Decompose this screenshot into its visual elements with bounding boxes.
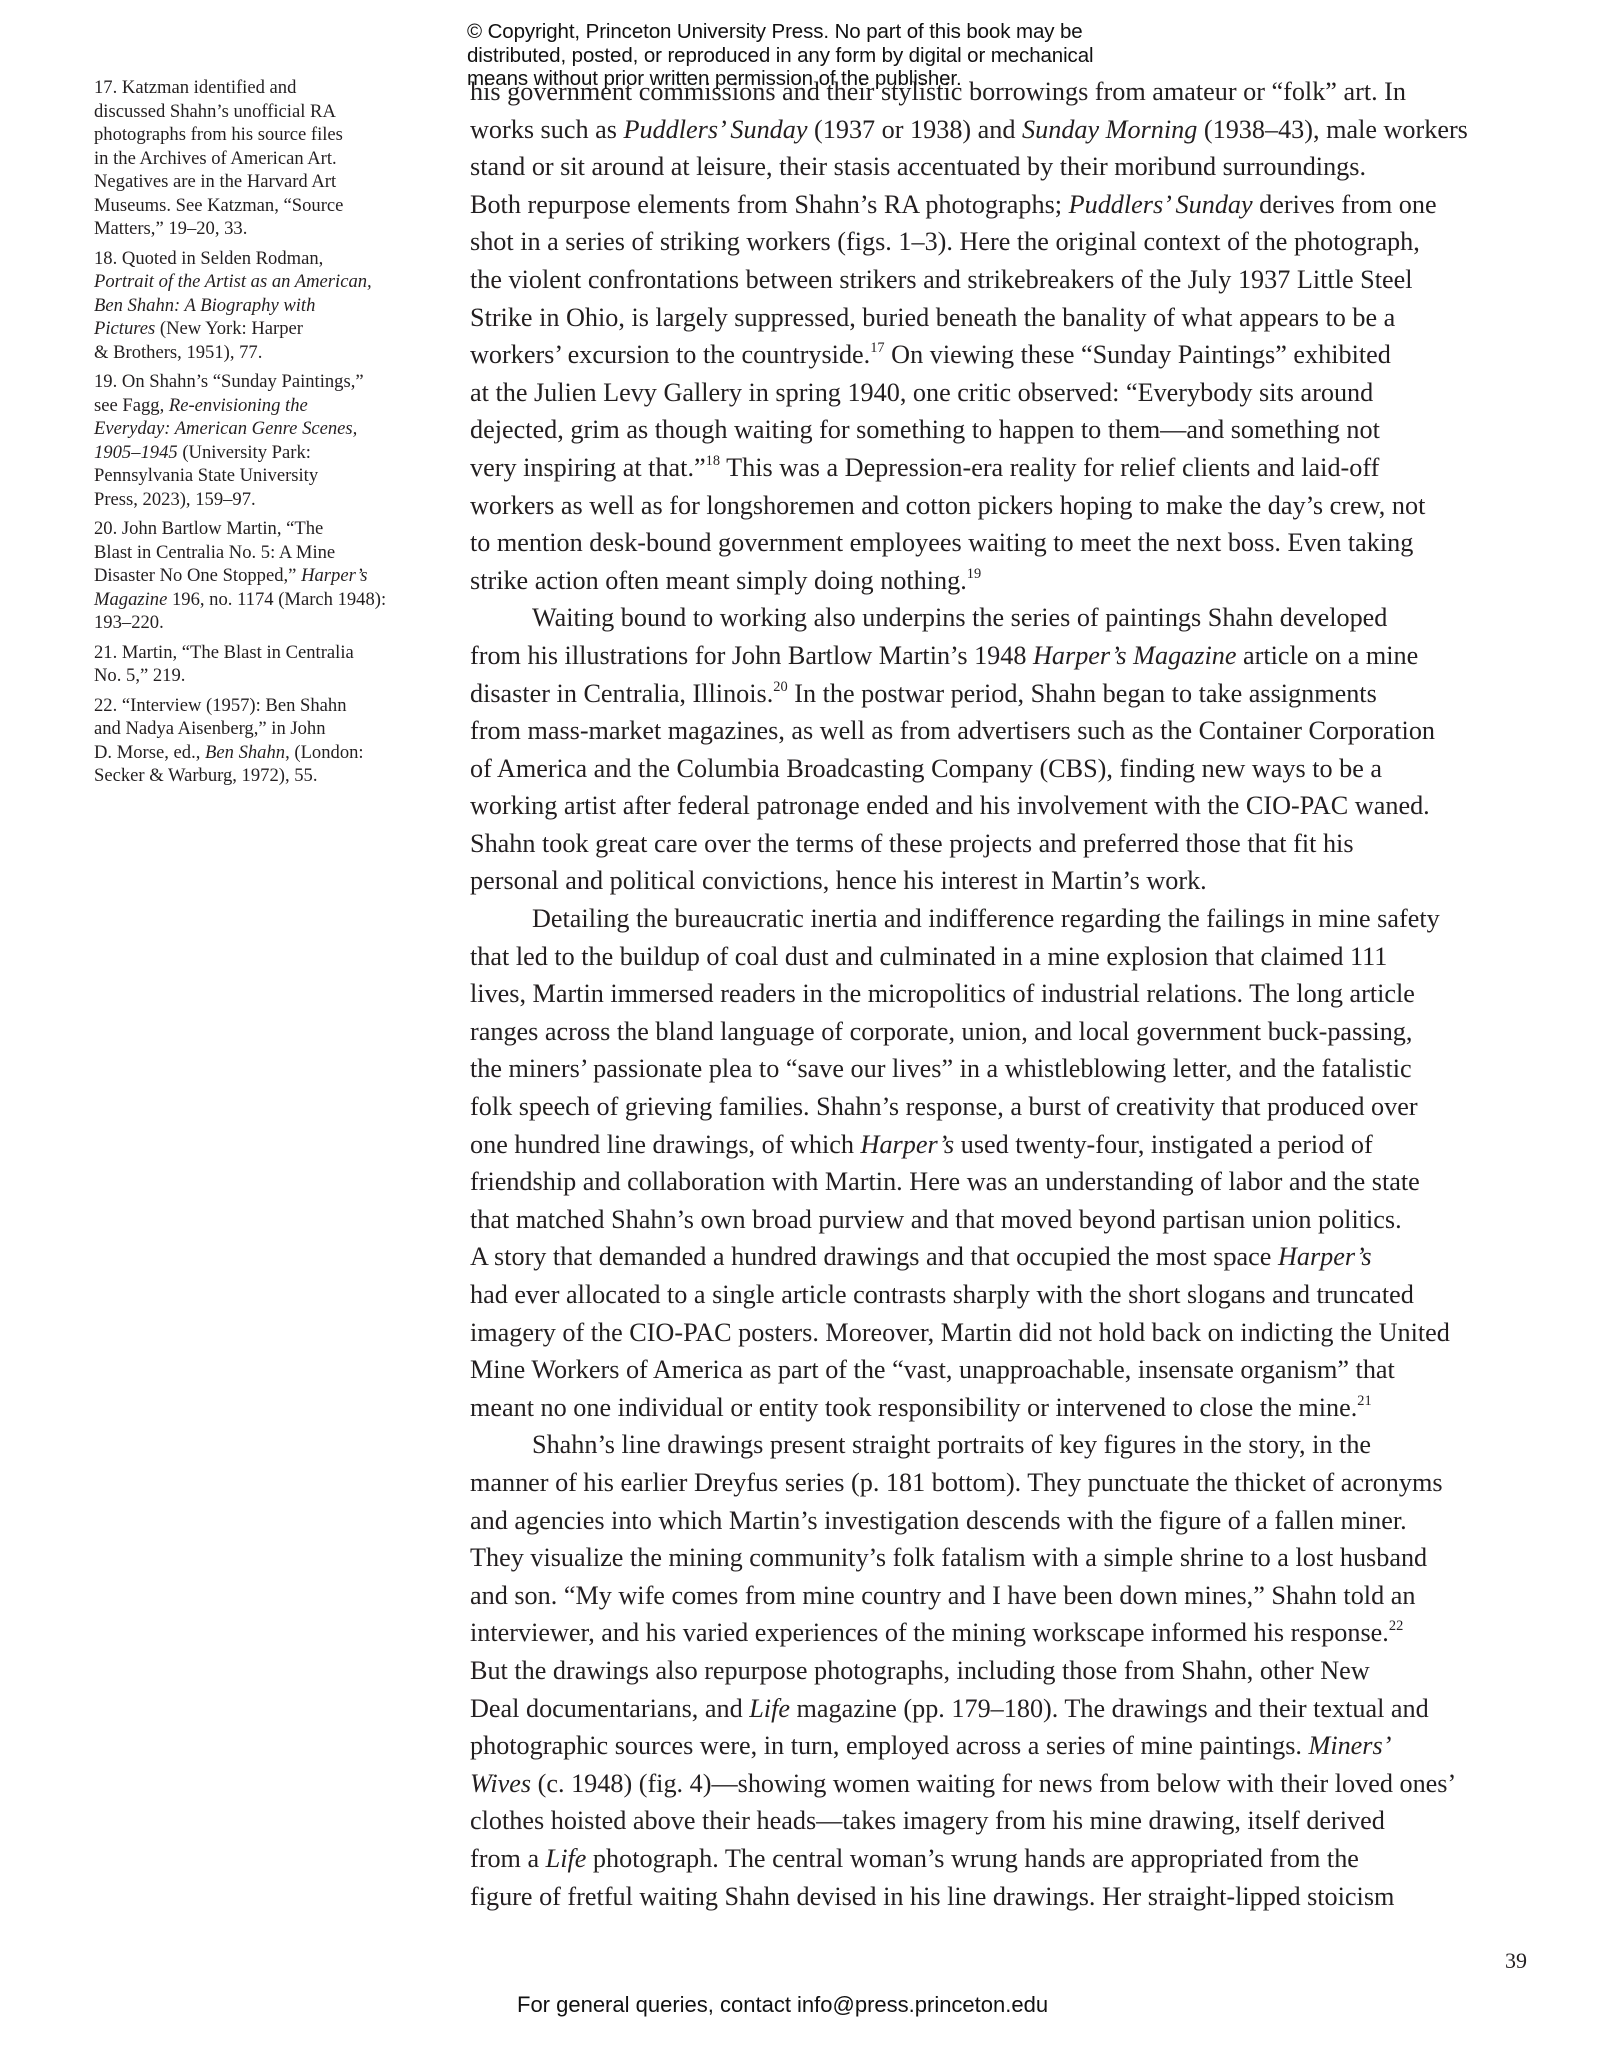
- body-line: Both repurpose elements from Shahn’s RA …: [470, 186, 1540, 224]
- text-segment: works such as: [470, 115, 623, 144]
- italic-text: Pictures: [94, 318, 155, 339]
- footnote-line: Museums. See Katzman, “Source: [94, 194, 414, 218]
- italic-text: Life: [546, 1844, 587, 1873]
- text-segment: friendship and collaboration with Martin…: [470, 1167, 1420, 1196]
- text-segment: folk speech of grieving families. Shahn’…: [470, 1092, 1418, 1121]
- text-segment: photographs from his source files: [94, 124, 343, 145]
- body-line: Shahn’s line drawings present straight p…: [470, 1426, 1540, 1464]
- footnote-line: Magazine 196, no. 1174 (March 1948):: [94, 588, 414, 612]
- text-segment: No. 5,” 219.: [94, 665, 185, 686]
- text-segment: and son. “My wife comes from mine countr…: [470, 1581, 1415, 1610]
- text-segment: Deal documentarians, and: [470, 1694, 749, 1723]
- italic-text: Ben Shahn: A Biography with: [94, 295, 315, 316]
- footnote-line: Ben Shahn: A Biography with: [94, 294, 414, 318]
- body-line: the miners’ passionate plea to “save our…: [470, 1050, 1540, 1088]
- body-line: Mine Workers of America as part of the “…: [470, 1351, 1540, 1389]
- body-line: at the Julien Levy Gallery in spring 194…: [470, 374, 1540, 412]
- body-line: had ever allocated to a single article c…: [470, 1276, 1540, 1314]
- footnote-line: photographs from his source files: [94, 123, 414, 147]
- text-segment: (University Park:: [178, 442, 311, 463]
- text-segment: This was a Depression-era reality for re…: [720, 453, 1379, 482]
- text-segment: dejected, grim as though waiting for som…: [470, 415, 1380, 444]
- text-segment: 196, no. 1174 (March 1948):: [167, 589, 386, 610]
- body-line: and agencies into which Martin’s investi…: [470, 1502, 1540, 1540]
- text-segment: article on a mine: [1236, 641, 1418, 670]
- text-segment: that matched Shahn’s own broad purview a…: [470, 1205, 1402, 1234]
- footnote-line: 22. “Interview (1957): Ben Shahn: [94, 694, 414, 718]
- body-line: works such as Puddlers’ Sunday (1937 or …: [470, 111, 1540, 149]
- text-segment: used twenty-four, instigated a period of: [954, 1130, 1373, 1159]
- footnote-line: in the Archives of American Art.: [94, 147, 414, 171]
- body-line: clothes hoisted above their heads—takes …: [470, 1802, 1540, 1840]
- text-segment: manner of his earlier Dreyfus series (p.…: [470, 1468, 1443, 1497]
- footnote-line: 193–220.: [94, 611, 414, 635]
- text-segment: Museums. See Katzman, “Source: [94, 195, 343, 216]
- text-segment: from a: [470, 1844, 546, 1873]
- italic-text: Sunday Morning: [1022, 115, 1197, 144]
- body-line: that matched Shahn’s own broad purview a…: [470, 1201, 1540, 1239]
- text-segment: Detailing the bureaucratic inertia and i…: [532, 904, 1440, 933]
- footnote-reference: 22: [1389, 1619, 1403, 1635]
- copyright-notice: © Copyright, Princeton University Press.…: [467, 20, 1167, 91]
- footnote-line: discussed Shahn’s unofficial RA: [94, 100, 414, 124]
- italic-text: Portrait of the Artist as an American,: [94, 271, 372, 292]
- body-line: Wives (c. 1948) (fig. 4)—showing women w…: [470, 1765, 1540, 1803]
- text-segment: Blast in Centralia No. 5: A Mine: [94, 542, 335, 563]
- footnote-reference: 18: [706, 453, 720, 469]
- text-segment: Pennsylvania State University: [94, 465, 318, 486]
- footer-contact: For general queries, contact info@press.…: [517, 1992, 1048, 2018]
- text-segment: A story that demanded a hundred drawings…: [470, 1242, 1278, 1271]
- body-line: meant no one individual or entity took r…: [470, 1389, 1540, 1427]
- text-segment: figure of fretful waiting Shahn devised …: [470, 1882, 1394, 1911]
- main-body-text: his government commissions and their sty…: [470, 73, 1540, 1915]
- text-segment: and Nadya Aisenberg,” in John: [94, 718, 326, 739]
- page-number: 39: [1505, 1948, 1527, 1974]
- text-segment: very inspiring at that.”: [470, 453, 706, 482]
- text-segment: Press, 2023), 159–97.: [94, 489, 256, 510]
- text-segment: Both repurpose elements from Shahn’s RA …: [470, 190, 1069, 219]
- footnote-line: Blast in Centralia No. 5: A Mine: [94, 541, 414, 565]
- text-segment: stand or sit around at leisure, their st…: [470, 152, 1366, 181]
- footnote-line: Pennsylvania State University: [94, 464, 414, 488]
- body-line: folk speech of grieving families. Shahn’…: [470, 1088, 1540, 1126]
- footnote-19: 19. On Shahn’s “Sunday Paintings,”see Fa…: [94, 370, 414, 511]
- body-line: from a Life photograph. The central woma…: [470, 1840, 1540, 1878]
- footnote-17: 17. Katzman identified anddiscussed Shah…: [94, 76, 414, 241]
- text-segment: to mention desk-bound government employe…: [470, 528, 1413, 557]
- footnote-line: 21. Martin, “The Blast in Centralia: [94, 641, 414, 665]
- text-segment: one hundred line drawings, of which: [470, 1130, 861, 1159]
- body-line: Deal documentarians, and Life magazine (…: [470, 1690, 1540, 1728]
- body-line: that led to the buildup of coal dust and…: [470, 938, 1540, 976]
- italic-text: Miners’: [1309, 1731, 1392, 1760]
- text-segment: & Brothers, 1951), 77.: [94, 342, 262, 363]
- body-line: to mention desk-bound government employe…: [470, 524, 1540, 562]
- text-segment: On viewing these “Sunday Paintings” exhi…: [885, 340, 1391, 369]
- text-segment: 19. On Shahn’s “Sunday Paintings,”: [94, 371, 364, 392]
- footnote-20: 20. John Bartlow Martin, “TheBlast in Ce…: [94, 517, 414, 635]
- text-segment: (1938–43), male workers: [1197, 115, 1468, 144]
- text-segment: ranges across the bland language of corp…: [470, 1017, 1412, 1046]
- footnotes-column: 17. Katzman identified anddiscussed Shah…: [94, 76, 414, 794]
- text-segment: that led to the buildup of coal dust and…: [470, 942, 1387, 971]
- body-line: Waiting bound to working also underpins …: [470, 599, 1540, 637]
- footnote-line: see Fagg, Re-envisioning the: [94, 394, 414, 418]
- italic-text: Life: [749, 1694, 790, 1723]
- footnote-22: 22. “Interview (1957): Ben Shahnand Nady…: [94, 694, 414, 788]
- body-line: strike action often meant simply doing n…: [470, 562, 1540, 600]
- text-segment: meant no one individual or entity took r…: [470, 1393, 1357, 1422]
- footnote-21: 21. Martin, “The Blast in CentraliaNo. 5…: [94, 641, 414, 688]
- text-segment: disaster in Centralia, Illinois.: [470, 679, 773, 708]
- copyright-line: means without prior written permission o…: [467, 67, 1167, 91]
- copyright-line: distributed, posted, or reproduced in an…: [467, 44, 1167, 68]
- text-segment: 20. John Bartlow Martin, “The: [94, 518, 323, 539]
- footnote-line: Matters,” 19–20, 33.: [94, 217, 414, 241]
- text-segment: from mass-market magazines, as well as f…: [470, 716, 1435, 745]
- footnote-reference: 21: [1357, 1393, 1371, 1409]
- text-segment: 22. “Interview (1957): Ben Shahn: [94, 695, 347, 716]
- italic-text: Puddlers’ Sunday: [623, 115, 807, 144]
- text-segment: see Fagg,: [94, 395, 169, 416]
- footnote-line: Press, 2023), 159–97.: [94, 488, 414, 512]
- text-segment: Mine Workers of America as part of the “…: [470, 1355, 1395, 1384]
- text-segment: , (London:: [285, 742, 364, 763]
- footnote-line: Secker & Warburg, 1972), 55.: [94, 764, 414, 788]
- body-line: workers as well as for longshoremen and …: [470, 487, 1540, 525]
- body-line: They visualize the mining community’s fo…: [470, 1539, 1540, 1577]
- body-line: ranges across the bland language of corp…: [470, 1013, 1540, 1051]
- body-line: interviewer, and his varied experiences …: [470, 1614, 1540, 1652]
- text-segment: from his illustrations for John Bartlow …: [470, 641, 1033, 670]
- body-line: from his illustrations for John Bartlow …: [470, 637, 1540, 675]
- text-segment: shot in a series of striking workers (fi…: [470, 227, 1420, 256]
- text-segment: photograph. The central woman’s wrung ha…: [586, 1844, 1359, 1873]
- text-segment: personal and political convictions, henc…: [470, 866, 1207, 895]
- text-segment: of America and the Columbia Broadcasting…: [470, 754, 1382, 783]
- footnote-line: and Nadya Aisenberg,” in John: [94, 717, 414, 741]
- footnote-line: Everyday: American Genre Scenes,: [94, 417, 414, 441]
- body-line: from mass-market magazines, as well as f…: [470, 712, 1540, 750]
- body-line: photographic sources were, in turn, empl…: [470, 1727, 1540, 1765]
- text-segment: Negatives are in the Harvard Art: [94, 171, 336, 192]
- text-segment: Waiting bound to working also underpins …: [532, 603, 1387, 632]
- body-line: But the drawings also repurpose photogra…: [470, 1652, 1540, 1690]
- footnote-18: 18. Quoted in Selden Rodman,Portrait of …: [94, 247, 414, 365]
- footnote-reference: 19: [967, 566, 981, 582]
- body-line: shot in a series of striking workers (fi…: [470, 223, 1540, 261]
- footnote-line: 18. Quoted in Selden Rodman,: [94, 247, 414, 271]
- italic-text: Ben Shahn: [205, 742, 285, 763]
- italic-text: Everyday: American Genre Scenes,: [94, 418, 357, 439]
- italic-text: Magazine: [94, 589, 167, 610]
- text-segment: Disaster No One Stopped,”: [94, 565, 301, 586]
- text-segment: and agencies into which Martin’s investi…: [470, 1506, 1407, 1535]
- italic-text: Wives: [470, 1769, 531, 1798]
- italic-text: Harper’s: [1278, 1242, 1372, 1271]
- text-segment: imagery of the CIO-PAC posters. Moreover…: [470, 1318, 1450, 1347]
- text-segment: had ever allocated to a single article c…: [470, 1280, 1414, 1309]
- text-segment: But the drawings also repurpose photogra…: [470, 1656, 1370, 1685]
- text-segment: 18. Quoted in Selden Rodman,: [94, 248, 323, 269]
- footnote-line: D. Morse, ed., Ben Shahn, (London:: [94, 741, 414, 765]
- footnote-line: Portrait of the Artist as an American,: [94, 270, 414, 294]
- body-line: disaster in Centralia, Illinois.20 In th…: [470, 675, 1540, 713]
- italic-text: Harper’s: [861, 1130, 955, 1159]
- text-segment: D. Morse, ed.,: [94, 742, 205, 763]
- body-line: workers’ excursion to the countryside.17…: [470, 336, 1540, 374]
- footnote-reference: 20: [773, 679, 787, 695]
- text-segment: 17. Katzman identified and: [94, 77, 296, 98]
- italic-text: 1905–1945: [94, 442, 178, 463]
- text-segment: In the postwar period, Shahn began to ta…: [788, 679, 1377, 708]
- text-segment: They visualize the mining community’s fo…: [470, 1543, 1427, 1572]
- body-line: personal and political convictions, henc…: [470, 862, 1540, 900]
- text-segment: lives, Martin immersed readers in the mi…: [470, 979, 1415, 1008]
- body-line: the violent confrontations between strik…: [470, 261, 1540, 299]
- italic-text: Puddlers’ Sunday: [1069, 190, 1253, 219]
- body-line: friendship and collaboration with Martin…: [470, 1163, 1540, 1201]
- body-line: A story that demanded a hundred drawings…: [470, 1238, 1540, 1276]
- footnote-line: Pictures (New York: Harper: [94, 317, 414, 341]
- body-line: Strike in Ohio, is largely suppressed, b…: [470, 299, 1540, 337]
- footnote-line: 17. Katzman identified and: [94, 76, 414, 100]
- text-segment: 193–220.: [94, 612, 164, 633]
- text-segment: Shahn’s line drawings present straight p…: [532, 1430, 1371, 1459]
- body-line: Detailing the bureaucratic inertia and i…: [470, 900, 1540, 938]
- body-line: stand or sit around at leisure, their st…: [470, 148, 1540, 186]
- text-segment: Strike in Ohio, is largely suppressed, b…: [470, 303, 1395, 332]
- text-segment: clothes hoisted above their heads—takes …: [470, 1806, 1385, 1835]
- footnote-line: Disaster No One Stopped,” Harper’s: [94, 564, 414, 588]
- italic-text: Re-envisioning the: [169, 395, 308, 416]
- text-segment: at the Julien Levy Gallery in spring 194…: [470, 378, 1373, 407]
- footnote-line: & Brothers, 1951), 77.: [94, 341, 414, 365]
- text-segment: (c. 1948) (fig. 4)—showing women waiting…: [531, 1769, 1456, 1798]
- body-line: figure of fretful waiting Shahn devised …: [470, 1878, 1540, 1916]
- text-segment: derives from one: [1253, 190, 1437, 219]
- body-line: of America and the Columbia Broadcasting…: [470, 750, 1540, 788]
- footnote-line: 1905–1945 (University Park:: [94, 441, 414, 465]
- text-segment: Matters,” 19–20, 33.: [94, 218, 247, 239]
- text-segment: magazine (pp. 179–180). The drawings and…: [790, 1694, 1429, 1723]
- text-segment: (New York: Harper: [155, 318, 303, 339]
- body-line: dejected, grim as though waiting for som…: [470, 411, 1540, 449]
- italic-text: Harper’s Magazine: [1033, 641, 1236, 670]
- text-segment: in the Archives of American Art.: [94, 148, 337, 169]
- text-segment: the violent confrontations between strik…: [470, 265, 1413, 294]
- text-segment: workers’ excursion to the countryside.: [470, 340, 870, 369]
- text-segment: 21. Martin, “The Blast in Centralia: [94, 642, 354, 663]
- text-segment: working artist after federal patronage e…: [470, 791, 1430, 820]
- text-segment: workers as well as for longshoremen and …: [470, 491, 1425, 520]
- body-line: manner of his earlier Dreyfus series (p.…: [470, 1464, 1540, 1502]
- footnote-line: 20. John Bartlow Martin, “The: [94, 517, 414, 541]
- body-line: imagery of the CIO-PAC posters. Moreover…: [470, 1314, 1540, 1352]
- body-line: lives, Martin immersed readers in the mi…: [470, 975, 1540, 1013]
- footnote-line: No. 5,” 219.: [94, 664, 414, 688]
- italic-text: Harper’s: [301, 565, 367, 586]
- text-segment: Secker & Warburg, 1972), 55.: [94, 765, 317, 786]
- footnote-reference: 17: [870, 340, 884, 356]
- body-line: very inspiring at that.”18 This was a De…: [470, 449, 1540, 487]
- copyright-line: © Copyright, Princeton University Press.…: [467, 20, 1167, 44]
- body-line: Shahn took great care over the terms of …: [470, 825, 1540, 863]
- text-segment: (1937 or 1938) and: [807, 115, 1022, 144]
- text-segment: Shahn took great care over the terms of …: [470, 829, 1354, 858]
- footnote-line: Negatives are in the Harvard Art: [94, 170, 414, 194]
- text-segment: the miners’ passionate plea to “save our…: [470, 1054, 1412, 1083]
- text-segment: photographic sources were, in turn, empl…: [470, 1731, 1309, 1760]
- text-segment: strike action often meant simply doing n…: [470, 566, 967, 595]
- footnote-line: 19. On Shahn’s “Sunday Paintings,”: [94, 370, 414, 394]
- text-segment: interviewer, and his varied experiences …: [470, 1618, 1389, 1647]
- body-line: one hundred line drawings, of which Harp…: [470, 1126, 1540, 1164]
- body-line: and son. “My wife comes from mine countr…: [470, 1577, 1540, 1615]
- body-line: working artist after federal patronage e…: [470, 787, 1540, 825]
- text-segment: discussed Shahn’s unofficial RA: [94, 101, 336, 122]
